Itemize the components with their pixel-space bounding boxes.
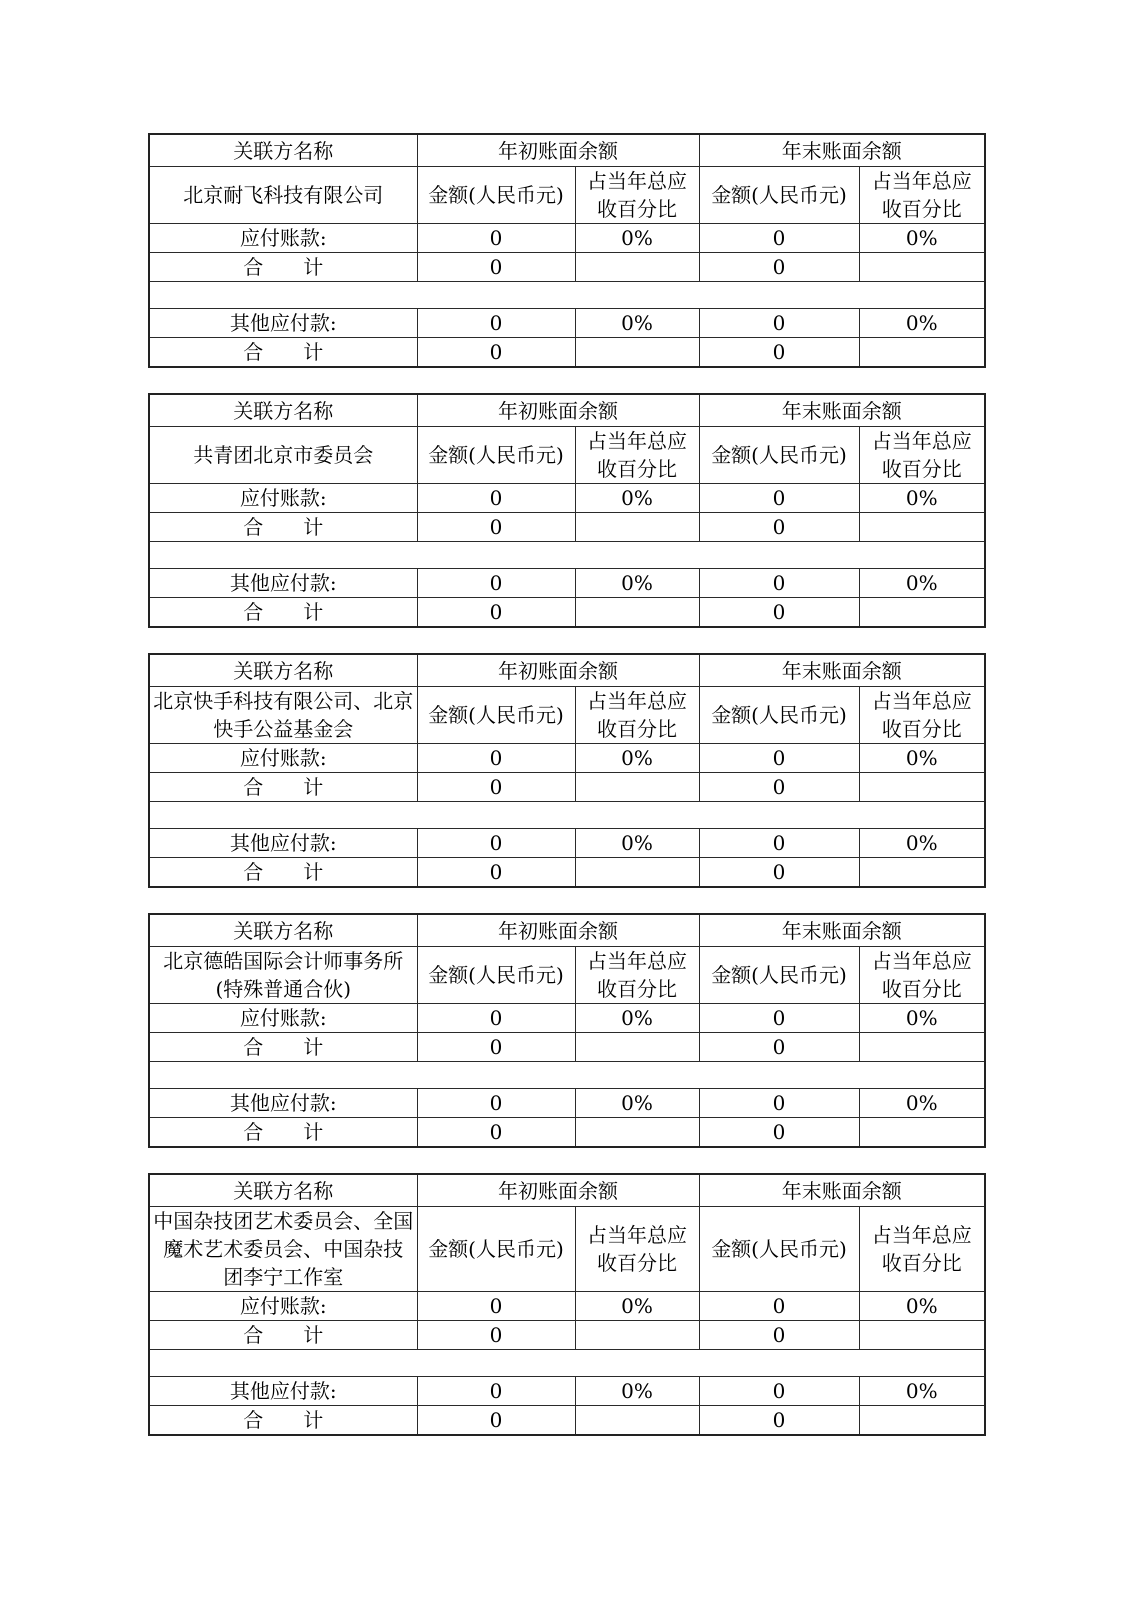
empty-cell (575, 598, 699, 628)
empty-cell (859, 253, 985, 282)
accounts-payable-row: 应付账款: 0 0% 0 0% (149, 744, 985, 773)
table-header-row: 关联方名称 年初账面余额 年末账面余额 (149, 914, 985, 947)
party-name: 北京快手科技有限公司、北京 快手公益基金会 (149, 687, 417, 744)
end-percent-header: 占当年总应 收百分比 (859, 687, 985, 744)
related-party-header: 关联方名称 (149, 134, 417, 167)
empty-cell (575, 858, 699, 888)
party-name-row: 中国杂技团艺术委员会、全国 魔术艺术委员会、中国杂技 团李宁工作室 金额(人民币… (149, 1207, 985, 1292)
accounts-payable-label: 应付账款: (149, 484, 417, 513)
begin-amount-total: 0 (417, 858, 575, 888)
begin-amount-total: 0 (417, 1321, 575, 1350)
empty-cell (859, 1406, 985, 1436)
end-balance-header: 年末账面余额 (699, 1174, 985, 1207)
begin-amount-total: 0 (417, 513, 575, 542)
document-page: 关联方名称 年初账面余额 年末账面余额 北京耐飞科技有限公司 金额(人民币元) … (0, 0, 1131, 1600)
begin-percent-value: 0% (575, 1292, 699, 1321)
other-payables-total-row: 合 计 0 0 (149, 1406, 985, 1436)
begin-balance-header: 年初账面余额 (417, 134, 699, 167)
end-amount-value: 0 (699, 224, 859, 253)
related-party-table-3: 关联方名称 年初账面余额 年末账面余额 北京快手科技有限公司、北京 快手公益基金… (148, 653, 986, 888)
end-amount-value: 0 (699, 569, 859, 598)
begin-amount-value: 0 (417, 1004, 575, 1033)
begin-amount-total: 0 (417, 253, 575, 282)
empty-cell (859, 858, 985, 888)
other-payables-label: 其他应付款: (149, 1089, 417, 1118)
total-label: 合 计 (149, 1118, 417, 1148)
end-percent-value: 0% (859, 744, 985, 773)
begin-percent-header: 占当年总应 收百分比 (575, 167, 699, 224)
total-label: 合 计 (149, 338, 417, 368)
other-payables-total-row: 合 计 0 0 (149, 338, 985, 368)
empty-cell (859, 338, 985, 368)
related-party-table-4: 关联方名称 年初账面余额 年末账面余额 北京德皓国际会计师事务所 (特殊普通合伙… (148, 913, 986, 1148)
spacer-row (149, 542, 985, 569)
begin-percent-header: 占当年总应 收百分比 (575, 687, 699, 744)
begin-amount-header: 金额(人民币元) (417, 687, 575, 744)
empty-cell (859, 598, 985, 628)
end-percent-header: 占当年总应 收百分比 (859, 167, 985, 224)
end-amount-value: 0 (699, 1089, 859, 1118)
end-amount-total: 0 (699, 858, 859, 888)
total-label: 合 计 (149, 253, 417, 282)
accounts-payable-row: 应付账款: 0 0% 0 0% (149, 1292, 985, 1321)
empty-cell (575, 338, 699, 368)
end-percent-value: 0% (859, 484, 985, 513)
end-percent-value: 0% (859, 569, 985, 598)
related-party-header: 关联方名称 (149, 394, 417, 427)
begin-amount-total: 0 (417, 338, 575, 368)
party-name: 共青团北京市委员会 (149, 427, 417, 484)
spacer-row (149, 282, 985, 309)
empty-cell (575, 1321, 699, 1350)
party-name: 北京德皓国际会计师事务所 (特殊普通合伙) (149, 947, 417, 1004)
end-amount-total: 0 (699, 1033, 859, 1062)
accounts-payable-total-row: 合 计 0 0 (149, 253, 985, 282)
other-payables-row: 其他应付款: 0 0% 0 0% (149, 829, 985, 858)
begin-percent-header: 占当年总应 收百分比 (575, 427, 699, 484)
end-amount-value: 0 (699, 1292, 859, 1321)
total-label: 合 计 (149, 1321, 417, 1350)
begin-balance-header: 年初账面余额 (417, 394, 699, 427)
party-name-row: 北京耐飞科技有限公司 金额(人民币元) 占当年总应 收百分比 金额(人民币元) … (149, 167, 985, 224)
begin-percent-header: 占当年总应 收百分比 (575, 1207, 699, 1292)
total-label: 合 计 (149, 513, 417, 542)
end-percent-value: 0% (859, 224, 985, 253)
end-amount-header: 金额(人民币元) (699, 1207, 859, 1292)
accounts-payable-row: 应付账款: 0 0% 0 0% (149, 484, 985, 513)
table-header-row: 关联方名称 年初账面余额 年末账面余额 (149, 654, 985, 687)
begin-amount-header: 金额(人民币元) (417, 1207, 575, 1292)
begin-amount-value: 0 (417, 1292, 575, 1321)
end-amount-value: 0 (699, 829, 859, 858)
empty-cell (575, 1406, 699, 1436)
other-payables-total-row: 合 计 0 0 (149, 858, 985, 888)
begin-amount-value: 0 (417, 309, 575, 338)
accounts-payable-total-row: 合 计 0 0 (149, 1033, 985, 1062)
accounts-payable-row: 应付账款: 0 0% 0 0% (149, 1004, 985, 1033)
party-name-row: 北京德皓国际会计师事务所 (特殊普通合伙) 金额(人民币元) 占当年总应 收百分… (149, 947, 985, 1004)
party-name-row: 共青团北京市委员会 金额(人民币元) 占当年总应 收百分比 金额(人民币元) 占… (149, 427, 985, 484)
other-payables-label: 其他应付款: (149, 829, 417, 858)
related-party-header: 关联方名称 (149, 914, 417, 947)
empty-cell (859, 1321, 985, 1350)
begin-percent-value: 0% (575, 1089, 699, 1118)
begin-amount-header: 金额(人民币元) (417, 167, 575, 224)
party-name: 中国杂技团艺术委员会、全国 魔术艺术委员会、中国杂技 团李宁工作室 (149, 1207, 417, 1292)
begin-amount-value: 0 (417, 1377, 575, 1406)
empty-cell (859, 1118, 985, 1148)
empty-cell (575, 1033, 699, 1062)
party-name-row: 北京快手科技有限公司、北京 快手公益基金会 金额(人民币元) 占当年总应 收百分… (149, 687, 985, 744)
begin-amount-total: 0 (417, 598, 575, 628)
end-amount-total: 0 (699, 253, 859, 282)
other-payables-total-row: 合 计 0 0 (149, 598, 985, 628)
begin-amount-total: 0 (417, 773, 575, 802)
spacer-row (149, 1062, 985, 1089)
total-label: 合 计 (149, 1033, 417, 1062)
related-party-table-2: 关联方名称 年初账面余额 年末账面余额 共青团北京市委员会 金额(人民币元) 占… (148, 393, 986, 628)
end-amount-value: 0 (699, 309, 859, 338)
begin-percent-value: 0% (575, 224, 699, 253)
begin-percent-value: 0% (575, 309, 699, 338)
other-payables-total-row: 合 计 0 0 (149, 1118, 985, 1148)
end-amount-total: 0 (699, 338, 859, 368)
end-percent-value: 0% (859, 1004, 985, 1033)
end-amount-header: 金额(人民币元) (699, 947, 859, 1004)
related-party-header: 关联方名称 (149, 1174, 417, 1207)
table-header-row: 关联方名称 年初账面余额 年末账面余额 (149, 394, 985, 427)
end-percent-value: 0% (859, 1292, 985, 1321)
total-label: 合 计 (149, 858, 417, 888)
other-payables-row: 其他应付款: 0 0% 0 0% (149, 569, 985, 598)
end-percent-value: 0% (859, 829, 985, 858)
other-payables-label: 其他应付款: (149, 1377, 417, 1406)
accounts-payable-total-row: 合 计 0 0 (149, 1321, 985, 1350)
accounts-payable-total-row: 合 计 0 0 (149, 773, 985, 802)
end-balance-header: 年末账面余额 (699, 914, 985, 947)
begin-amount-value: 0 (417, 829, 575, 858)
empty-cell (859, 1033, 985, 1062)
begin-balance-header: 年初账面余额 (417, 1174, 699, 1207)
empty-cell (575, 1118, 699, 1148)
begin-balance-header: 年初账面余额 (417, 914, 699, 947)
end-amount-total: 0 (699, 513, 859, 542)
begin-percent-value: 0% (575, 569, 699, 598)
end-amount-total: 0 (699, 1118, 859, 1148)
accounts-payable-total-row: 合 计 0 0 (149, 513, 985, 542)
accounts-payable-label: 应付账款: (149, 1292, 417, 1321)
spacer-cell (149, 1062, 985, 1089)
begin-amount-value: 0 (417, 224, 575, 253)
begin-amount-total: 0 (417, 1118, 575, 1148)
end-percent-header: 占当年总应 收百分比 (859, 1207, 985, 1292)
end-amount-total: 0 (699, 773, 859, 802)
end-percent-value: 0% (859, 1089, 985, 1118)
end-percent-header: 占当年总应 收百分比 (859, 427, 985, 484)
end-percent-value: 0% (859, 309, 985, 338)
begin-amount-value: 0 (417, 484, 575, 513)
accounts-payable-label: 应付账款: (149, 744, 417, 773)
end-amount-value: 0 (699, 744, 859, 773)
table-header-row: 关联方名称 年初账面余额 年末账面余额 (149, 134, 985, 167)
spacer-row (149, 802, 985, 829)
related-party-table-1: 关联方名称 年初账面余额 年末账面余额 北京耐飞科技有限公司 金额(人民币元) … (148, 133, 986, 368)
other-payables-label: 其他应付款: (149, 569, 417, 598)
begin-amount-header: 金额(人民币元) (417, 427, 575, 484)
total-label: 合 计 (149, 773, 417, 802)
begin-amount-total: 0 (417, 1406, 575, 1436)
accounts-payable-label: 应付账款: (149, 224, 417, 253)
spacer-cell (149, 802, 985, 829)
end-percent-header: 占当年总应 收百分比 (859, 947, 985, 1004)
other-payables-row: 其他应付款: 0 0% 0 0% (149, 1089, 985, 1118)
begin-percent-value: 0% (575, 744, 699, 773)
other-payables-row: 其他应付款: 0 0% 0 0% (149, 309, 985, 338)
begin-percent-header: 占当年总应 收百分比 (575, 947, 699, 1004)
end-amount-total: 0 (699, 1321, 859, 1350)
end-amount-header: 金额(人民币元) (699, 427, 859, 484)
end-balance-header: 年末账面余额 (699, 654, 985, 687)
spacer-cell (149, 1350, 985, 1377)
other-payables-row: 其他应付款: 0 0% 0 0% (149, 1377, 985, 1406)
end-amount-header: 金额(人民币元) (699, 167, 859, 224)
begin-balance-header: 年初账面余额 (417, 654, 699, 687)
empty-cell (859, 773, 985, 802)
total-label: 合 计 (149, 598, 417, 628)
spacer-cell (149, 282, 985, 309)
other-payables-label: 其他应付款: (149, 309, 417, 338)
empty-cell (575, 513, 699, 542)
begin-percent-value: 0% (575, 1377, 699, 1406)
accounts-payable-row: 应付账款: 0 0% 0 0% (149, 224, 985, 253)
party-name: 北京耐飞科技有限公司 (149, 167, 417, 224)
end-amount-value: 0 (699, 1004, 859, 1033)
begin-percent-value: 0% (575, 829, 699, 858)
end-percent-value: 0% (859, 1377, 985, 1406)
begin-percent-value: 0% (575, 484, 699, 513)
begin-amount-header: 金额(人民币元) (417, 947, 575, 1004)
end-amount-total: 0 (699, 1406, 859, 1436)
empty-cell (575, 773, 699, 802)
table-header-row: 关联方名称 年初账面余额 年末账面余额 (149, 1174, 985, 1207)
empty-cell (859, 513, 985, 542)
end-amount-value: 0 (699, 1377, 859, 1406)
spacer-row (149, 1350, 985, 1377)
accounts-payable-label: 应付账款: (149, 1004, 417, 1033)
end-amount-value: 0 (699, 484, 859, 513)
end-amount-header: 金额(人民币元) (699, 687, 859, 744)
total-label: 合 计 (149, 1406, 417, 1436)
begin-amount-value: 0 (417, 744, 575, 773)
related-party-table-5: 关联方名称 年初账面余额 年末账面余额 中国杂技团艺术委员会、全国 魔术艺术委员… (148, 1173, 986, 1436)
end-balance-header: 年末账面余额 (699, 394, 985, 427)
end-balance-header: 年末账面余额 (699, 134, 985, 167)
spacer-cell (149, 542, 985, 569)
begin-percent-value: 0% (575, 1004, 699, 1033)
end-amount-total: 0 (699, 598, 859, 628)
begin-amount-value: 0 (417, 1089, 575, 1118)
begin-amount-total: 0 (417, 1033, 575, 1062)
related-party-header: 关联方名称 (149, 654, 417, 687)
empty-cell (575, 253, 699, 282)
begin-amount-value: 0 (417, 569, 575, 598)
